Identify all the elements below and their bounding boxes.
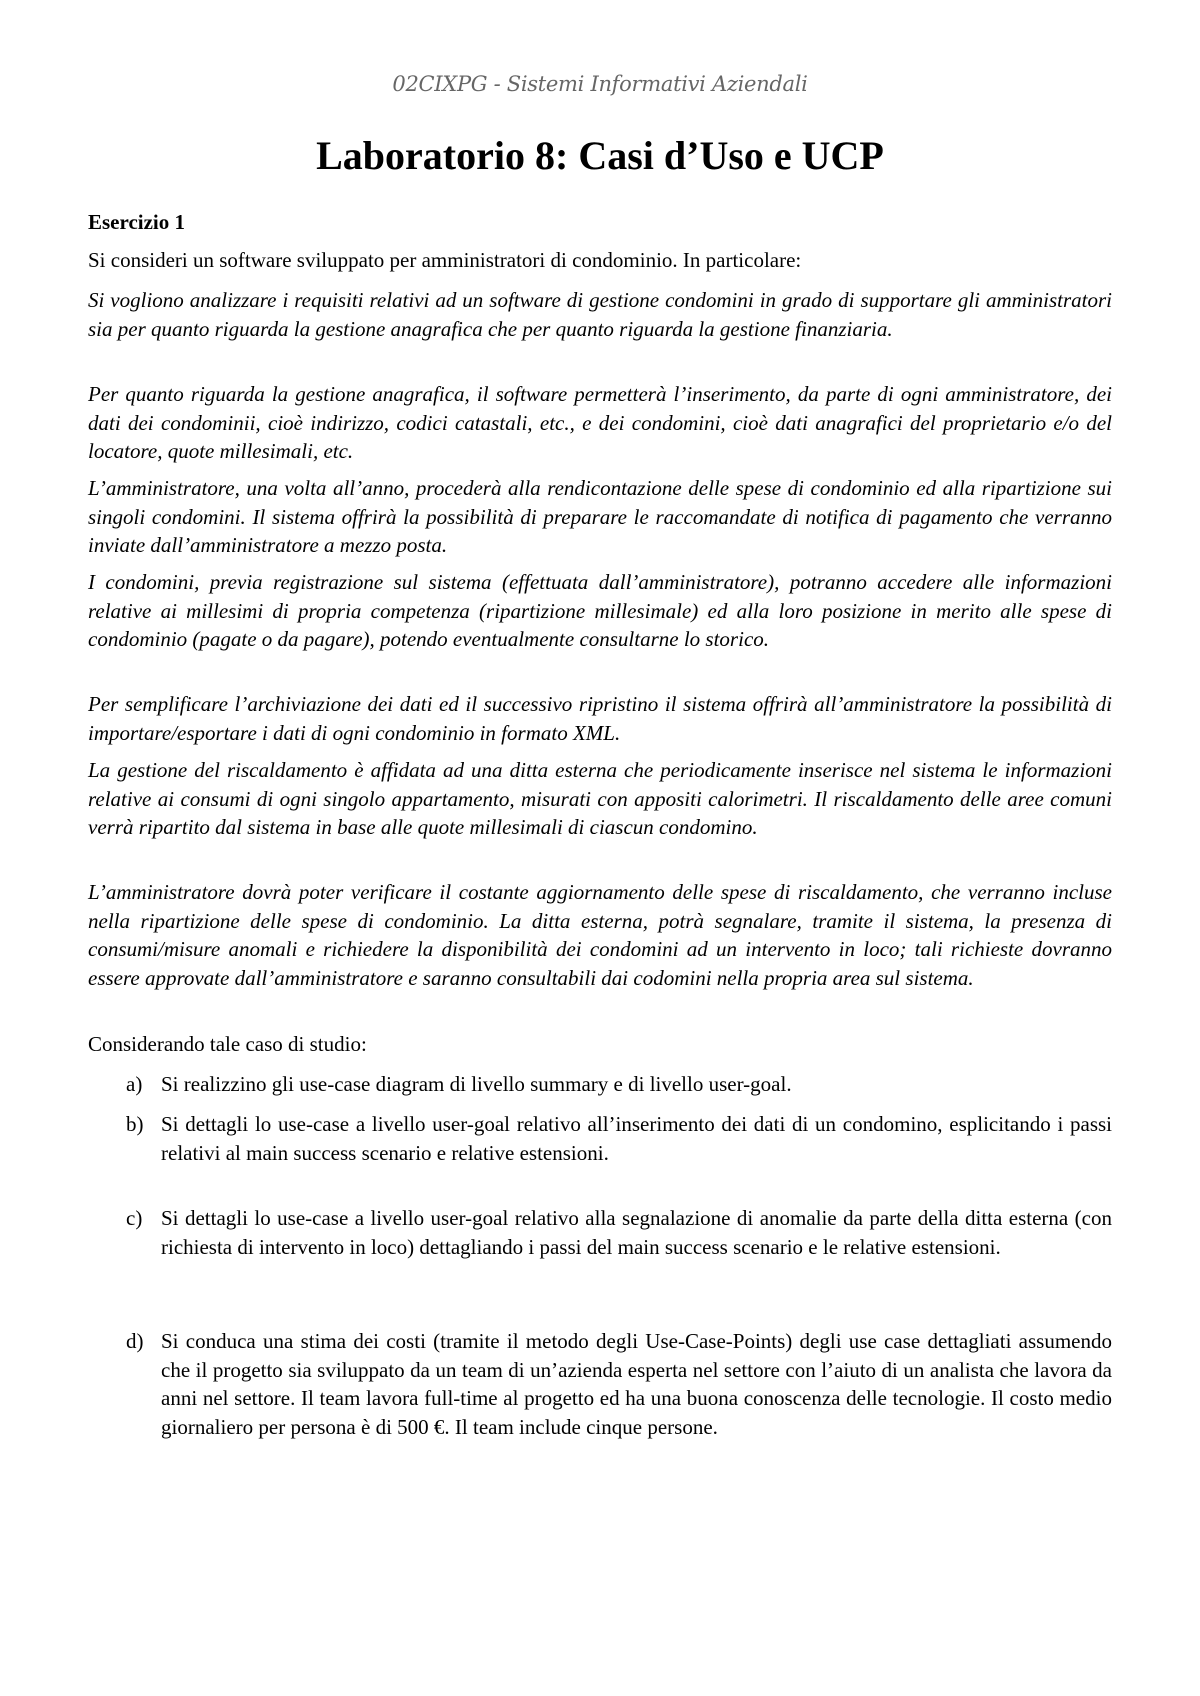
requirement-paragraph: Per semplificare l’archiviazione dei dat… [88,690,1112,747]
requirement-paragraph: Per quanto riguarda la gestione anagrafi… [88,380,1112,466]
task-marker: a) [126,1070,142,1099]
course-header: 02CIXPG - Sistemi Informativi Aziendali [0,72,1200,96]
considering-paragraph: Considerando tale caso di studio: [88,1030,1112,1059]
task-marker: d) [126,1327,144,1356]
intro-paragraph: Si consideri un software sviluppato per … [88,246,1112,275]
requirement-paragraph: La gestione del riscaldamento è affidata… [88,756,1112,842]
task-marker: c) [126,1204,142,1233]
document-page: 02CIXPG - Sistemi Informativi Aziendali … [0,0,1200,1696]
task-text: Si conduca una stima dei costi (tramite … [161,1327,1112,1441]
task-item: a) Si realizzino gli use-case diagram di… [88,1070,1112,1099]
page-title: Laboratorio 8: Casi d’Uso e UCP [0,132,1200,179]
task-marker: b) [126,1110,144,1139]
requirement-paragraph: Si vogliono analizzare i requisiti relat… [88,286,1112,343]
exercise-heading: Esercizio 1 [88,210,185,235]
task-text: Si dettagli lo use-case a livello user-g… [161,1204,1112,1261]
requirement-paragraph: I condomini, previa registrazione sul si… [88,568,1112,654]
task-item: d) Si conduca una stima dei costi (trami… [88,1327,1112,1441]
task-text: Si realizzino gli use-case diagram di li… [161,1070,1112,1099]
task-text: Si dettagli lo use-case a livello user-g… [161,1110,1112,1167]
requirement-paragraph: L’amministratore dovrà poter verificare … [88,878,1112,992]
task-item: c) Si dettagli lo use-case a livello use… [88,1204,1112,1261]
requirement-paragraph: L’amministratore, una volta all’anno, pr… [88,474,1112,560]
task-item: b) Si dettagli lo use-case a livello use… [88,1110,1112,1167]
